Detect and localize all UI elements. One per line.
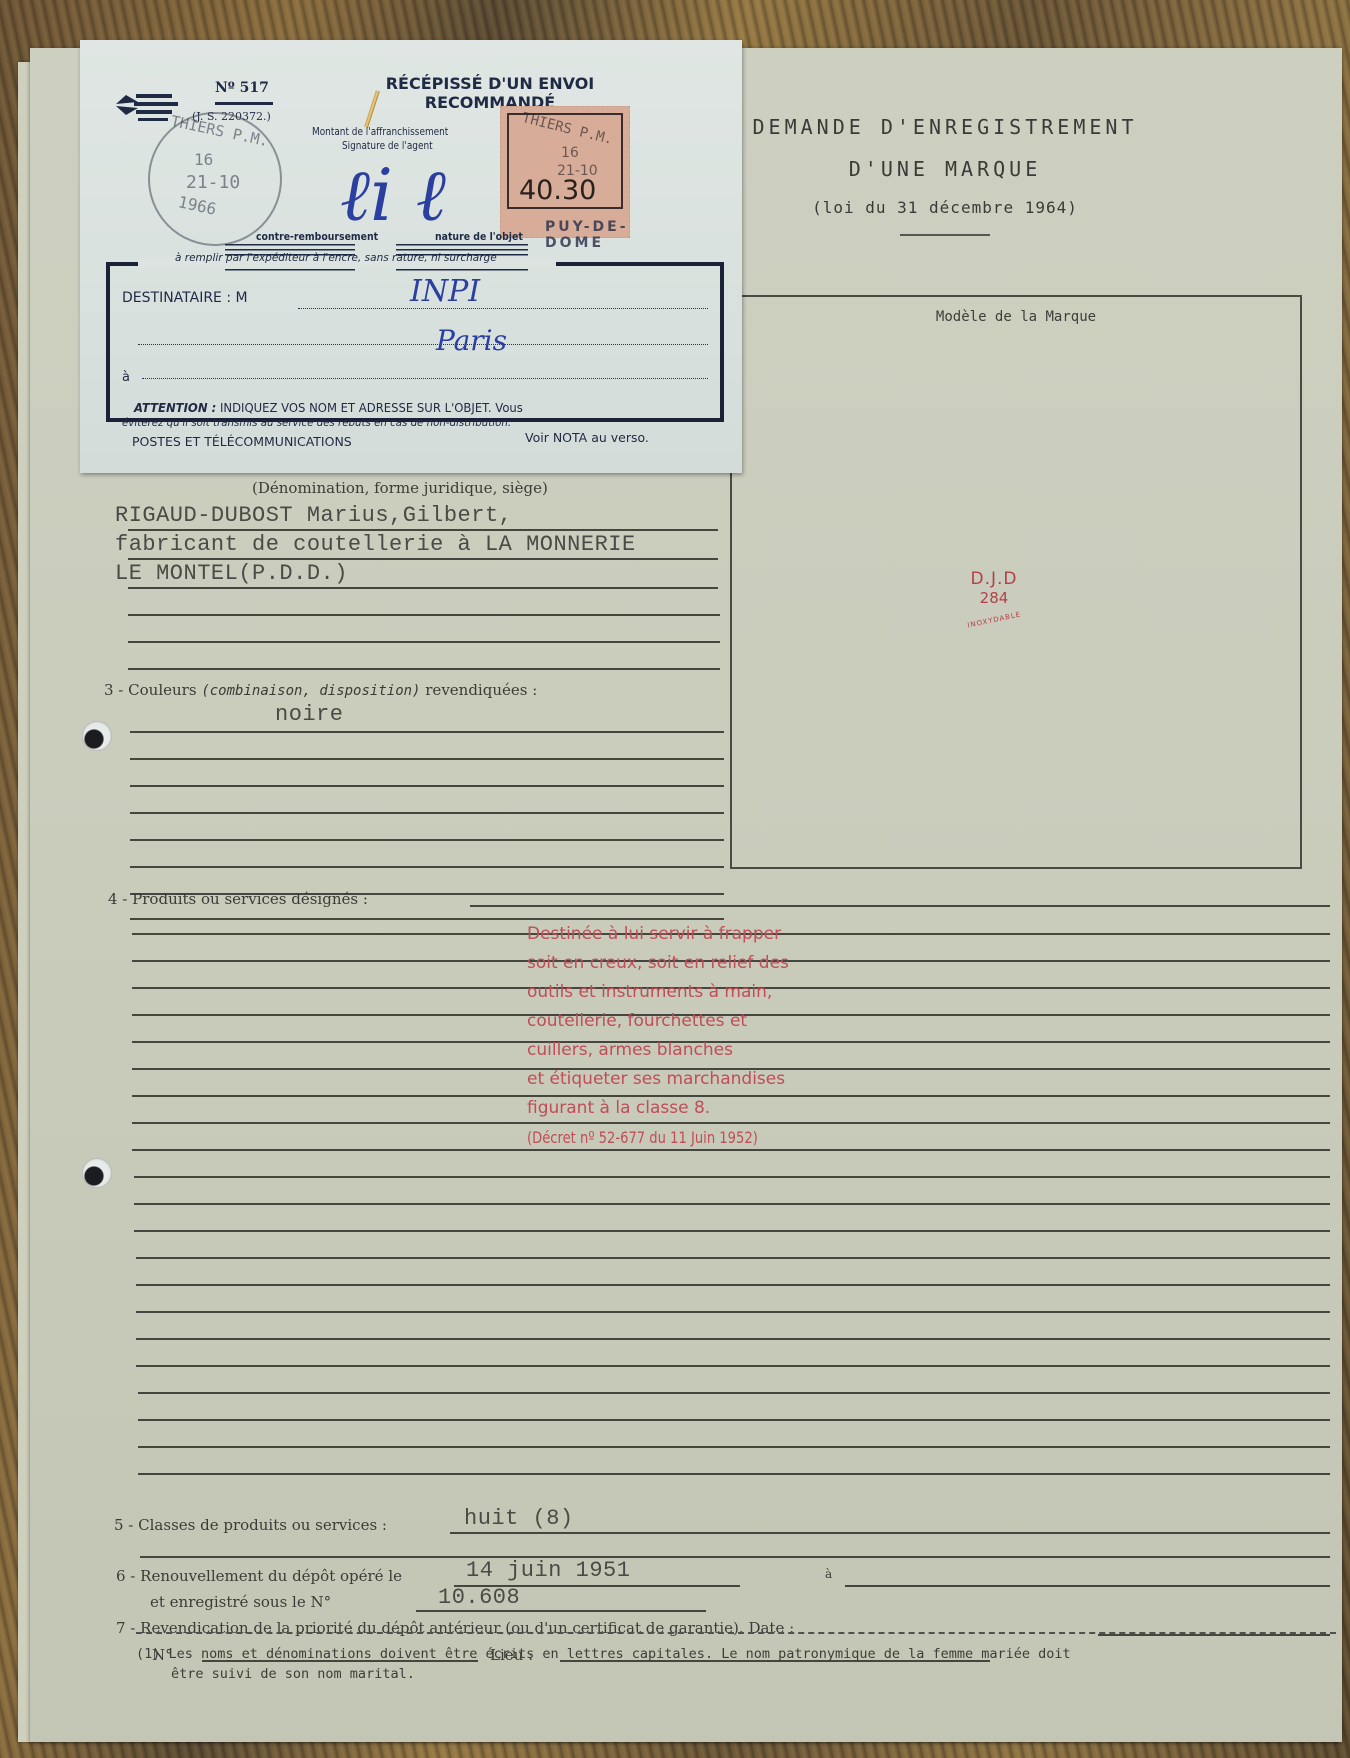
form-subtitle: (loi du 31 décembre 1964) [700, 190, 1190, 226]
title-divider [900, 234, 990, 236]
form-rule [130, 785, 724, 787]
a-label: à [122, 370, 130, 385]
section4-label: 4 - Produits ou services désignés : [108, 890, 368, 908]
postage-stamp: THIERS P.M. 16 21-10 40.30 PUY-DE-DOME [500, 106, 630, 238]
nature-label: nature de l'objet [435, 230, 523, 243]
form-rule [138, 1446, 1330, 1448]
footnote: (1) Les noms et dénominations doivent êt… [136, 1644, 1346, 1684]
ptt-label: POSTES ET TÉLÉCOMMUNICATIONS [132, 434, 352, 449]
form-rule [450, 1532, 1330, 1534]
djd-maker-mark-stamp: D.J.D 284 INOXYDABLE [954, 569, 1034, 639]
form-rule [128, 529, 718, 531]
form-rule [140, 1556, 1330, 1558]
punch-hole-bottom [82, 1158, 112, 1188]
receipt-number-rule [215, 102, 273, 105]
stamp-value: 40.30 [519, 175, 596, 206]
form-rule [470, 905, 1330, 907]
signature-label: Signature de l'agent [342, 140, 433, 152]
form-title-line1: DEMANDE D'ENREGISTREMENT [700, 106, 1190, 148]
form-rule [128, 668, 720, 670]
registered-mail-receipt: Nº 517 (J. S. 220372.) RÉCÉPISSÉ D'UN EN… [80, 40, 742, 473]
form-rule [136, 1365, 1330, 1367]
trademark-model-box: Modèle de la Marque D.J.D 284 INOXYDABLE [730, 295, 1302, 869]
form-rule [134, 1230, 1330, 1232]
form-rule [134, 1203, 1330, 1205]
section5-label: 5 - Classes de produits ou services : [114, 1516, 387, 1534]
applicant-name-line1: RIGAUD-DUBOST Marius,Gilbert, [115, 503, 512, 528]
registration-number-value: 10.608 [438, 1585, 520, 1610]
applicant-name-line2: fabricant de coutellerie à LA MONNERIE [115, 532, 636, 557]
classes-value: huit (8) [464, 1506, 574, 1531]
section6-label: 6 - Renouvellement du dépôt opéré le [116, 1567, 402, 1585]
form-rule [845, 1585, 1330, 1587]
section7-label: 7 - Revendication de la priorité du dépô… [116, 1619, 794, 1637]
form-rule [130, 866, 724, 868]
nota-label: Voir NOTA au verso. [525, 430, 649, 445]
date-field-rule [1098, 1634, 1330, 1636]
form-rule [130, 731, 724, 733]
applicant-name-line3: LE MONTEL(P.D.D.) [115, 561, 348, 586]
punch-hole-top [82, 721, 112, 751]
form-title-line2: D'UNE MARQUE [700, 148, 1190, 190]
ptt-bird-logo-icon [116, 92, 180, 122]
montant-label: Montant de l'affranchissement [312, 126, 448, 138]
destinataire-label: DESTINATAIRE : M [122, 290, 248, 306]
form-rule [130, 812, 724, 814]
form-rule [128, 614, 720, 616]
city-dotted-line [142, 378, 708, 379]
form-rule [136, 1284, 1330, 1286]
form-rule [130, 839, 724, 841]
section6-label2: et enregistré sous le N° [150, 1593, 331, 1611]
form-rule [138, 1419, 1330, 1421]
sender-instruction: à remplir par l'expéditeur à l'encre, sa… [175, 252, 497, 264]
decret-reference: (Décret nº 52-677 du 11 Juin 1952) [527, 1123, 758, 1152]
modele-label: Modèle de la Marque [732, 309, 1300, 325]
thiers-postmark-left: THIERS P.M. 16 21-10 1966 [148, 112, 282, 246]
colors-value: noire [275, 702, 344, 727]
attention-notice-line2: éviterez qu'il soit transmis au service … [122, 416, 511, 429]
section2-hint: (Dénomination, forme juridique, siège) [252, 479, 548, 497]
address-dotted-line [138, 344, 708, 345]
form-rule [128, 641, 720, 643]
section3-label: 3 - Couleurs (combinaison, disposition) … [104, 681, 537, 699]
renewal-a-label: à [825, 1567, 832, 1581]
agent-signature: ℓi ℓ [340, 160, 446, 230]
attention-notice: ATTENTION : INDIQUEZ VOS NOM ET ADRESSE … [134, 400, 523, 415]
form-rule [136, 1257, 1330, 1259]
destinataire-dotted-line [298, 308, 708, 309]
form-rule [130, 758, 724, 760]
form-rule [136, 1311, 1330, 1313]
form-rule [138, 1473, 1330, 1475]
form-rule [136, 1338, 1330, 1340]
form-header: DEMANDE D'ENREGISTREMENT D'UNE MARQUE (l… [700, 106, 1190, 236]
form-rule [128, 558, 718, 560]
form-rule [128, 587, 718, 589]
footnote-divider [136, 1632, 1336, 1634]
products-stamp-text: Destinée à lui servir à frapper soit en … [527, 920, 817, 1153]
form-rule [416, 1610, 706, 1612]
city-value: Paris [436, 324, 507, 357]
receipt-number: Nº 517 [215, 80, 269, 96]
form-rule [138, 1392, 1330, 1394]
form-rule [134, 1176, 1330, 1178]
renewal-date-value: 14 juin 1951 [466, 1558, 630, 1583]
destinataire-value: INPI [410, 274, 480, 309]
